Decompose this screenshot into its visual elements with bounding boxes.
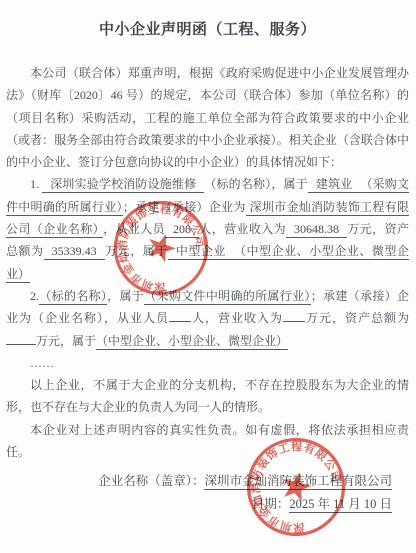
item-1-subject-field: 深圳实验学校消防设施维修 bbox=[42, 177, 204, 193]
item-2-text-5: 万元，属于 bbox=[36, 334, 96, 348]
date-label: 日期： bbox=[252, 497, 290, 511]
declaration-paragraph: 本公司（联合体）郑重声明，根据《政府采购促进中小企业发展管理办法》（财库〔202… bbox=[6, 62, 409, 173]
item-1-assets-field: 35339.43 bbox=[44, 244, 105, 260]
item-1-revenue-field: 30648.38 bbox=[286, 222, 347, 238]
item-2-text-4: 万元，资产总额为 bbox=[305, 311, 409, 325]
document-page: 中小企业声明函（工程、服务） 本公司（联合体）郑重声明，根据《政府采购促进中小企… bbox=[0, 0, 416, 553]
item-1-text-2: ，从业人员 bbox=[103, 222, 165, 236]
document-content: 中小企业声明函（工程、服务） 本公司（联合体）郑重声明，根据《政府采购促进中小企… bbox=[0, 0, 416, 463]
company-seal-line: 企业名称（盖章）：深圳市金灿消防装饰工程有限公司 bbox=[98, 470, 392, 493]
document-title: 中小企业声明函（工程、服务） bbox=[6, 18, 409, 39]
item-1-employees-field: 208 bbox=[165, 222, 199, 238]
item-2-paragraph: 2.（标的名称），属于（采购文件中明确的所属行业）；承建（承接）企业为（企业名称… bbox=[6, 285, 409, 352]
item-2-type-hint: （中型企业、小型企业、微型企业） bbox=[96, 334, 288, 350]
item-2-text: ，属于 bbox=[107, 289, 144, 303]
item-2-industry-hint: （采购文件中明确的所属行业） bbox=[144, 289, 311, 305]
item-1-number: 1. bbox=[30, 177, 39, 191]
item-1-text-5: 万元，属于 bbox=[105, 244, 168, 258]
item-2-subject-hint: （标的名称） bbox=[39, 289, 107, 305]
item-1-type-field: 中型企业 bbox=[168, 244, 234, 260]
item-2-number: 2. bbox=[30, 289, 39, 303]
item-1-subject-hint: （标的名称），属于 bbox=[204, 177, 308, 191]
item-2-revenue-blank bbox=[283, 309, 305, 322]
company-name-value: 深圳市金灿消防装饰工程有限公司 bbox=[204, 474, 392, 490]
date-line: 日期：2025 年 11 月 10 日 bbox=[98, 493, 392, 516]
date-value: 2025 年 11 月 10 日 bbox=[289, 497, 392, 513]
item-1-text-3: 人，营业收入为 bbox=[199, 222, 286, 236]
item-1-paragraph: 1. 深圳实验学校消防设施维修（标的名称），属于建筑业（采购文件中明确的所属行业… bbox=[6, 173, 409, 284]
item-2-text-3: 人，营业收入为 bbox=[191, 311, 283, 325]
company-seal-label: 企业名称（盖章）： bbox=[98, 474, 204, 488]
no-large-enterprise-paragraph: 以上企业，不属于大企业的分支机构，不存在控股股东为大企业的情形，也不存在与大企业… bbox=[6, 374, 409, 419]
item-1-industry-field: 建筑业 bbox=[308, 177, 361, 193]
item-1-text: ；承建（承接）企业为 bbox=[123, 200, 246, 214]
responsibility-paragraph: 本企业对上述声明内容的真实性负责。如有虚假，将依法承担相应责任。 bbox=[6, 419, 409, 464]
item-2-employees-blank bbox=[169, 309, 191, 322]
item-2-assets-blank bbox=[6, 332, 36, 345]
signature-block: 企业名称（盖章）：深圳市金灿消防装饰工程有限公司 日期：2025 年 11 月 … bbox=[98, 470, 392, 516]
ellipsis-line: …… bbox=[6, 352, 409, 374]
